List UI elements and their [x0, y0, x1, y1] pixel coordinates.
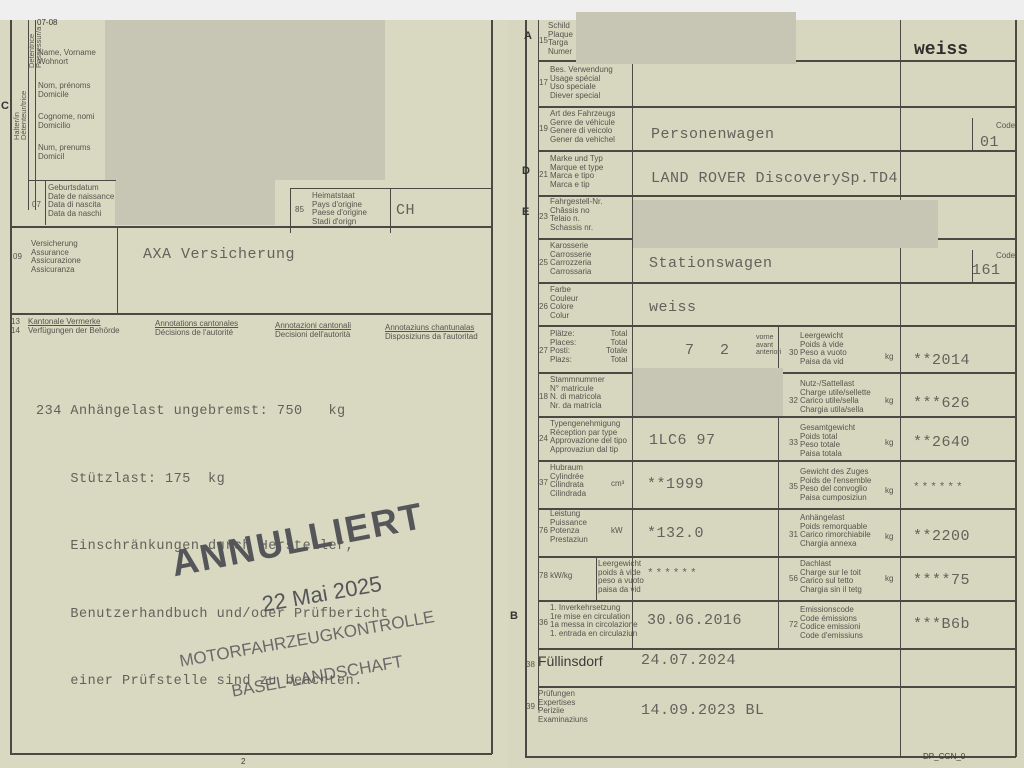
frame-right — [491, 20, 493, 754]
total-weight-value: **2640 — [913, 434, 970, 451]
payload-unit: kg — [885, 396, 893, 405]
divider — [10, 226, 492, 228]
origin-num: 85 — [295, 205, 304, 214]
divider — [10, 313, 492, 315]
holder-label-it: Cognome, nomiDomicilio — [38, 113, 94, 130]
type-approval-value: 1LC6 97 — [649, 432, 716, 449]
remarks-nums: 1314 — [11, 318, 20, 335]
train-weight-num: 35 — [789, 482, 798, 491]
divider — [117, 226, 118, 314]
power-weight-value: ****** — [647, 568, 699, 580]
redacted-registry — [633, 368, 783, 416]
origin-value: CH — [396, 202, 415, 219]
power-weight-labels: Leergewichtpoids à videpeso a vuotopaisa… — [598, 560, 644, 594]
train-weight-unit: kg — [885, 486, 893, 495]
special-use-num: 17 — [539, 78, 548, 87]
frame-bottom — [10, 753, 492, 755]
holder-label-fr: Nom, prénomsDomicile — [38, 82, 90, 99]
vehicle-type-labels: Art des FahrzeugsGenre de véhiculeGenere… — [550, 110, 615, 144]
make-model-labels: Marke und TypMarque et typeMarca e tipoM… — [550, 155, 603, 189]
displacement-value: **1999 — [647, 476, 704, 493]
section-letter-e: E — [522, 206, 529, 218]
emission-code-value: ***B6b — [913, 616, 970, 633]
roof-load-unit: kg — [885, 574, 893, 583]
color-value: weiss — [649, 299, 697, 316]
displacement-unit: cm³ — [611, 479, 624, 488]
section-letter-b: B — [510, 610, 518, 622]
inspections-value: 14.09.2023 BL — [641, 702, 765, 719]
emission-code-num: 72 — [789, 620, 798, 629]
section-letter-c: C — [1, 100, 9, 112]
divider — [972, 118, 973, 150]
divider — [538, 106, 1016, 108]
redacted-plate — [576, 12, 796, 64]
power-labels: LeistungPuissancePotenzaPrestaziun — [550, 510, 588, 544]
divider — [538, 648, 1016, 650]
place-date-num: 38 — [526, 660, 535, 669]
remarks-col-fr: Annotations cantonalesDécisions de l'aut… — [155, 320, 238, 337]
divider — [596, 556, 597, 600]
remarks-col-de: Kantonale VermerkeVerfügungen der Behörd… — [28, 318, 120, 335]
trailer-load-num: 31 — [789, 530, 798, 539]
birthdate-num: 07 — [32, 200, 41, 209]
body-value: Stationswagen — [649, 255, 773, 272]
roof-load-num: 56 — [789, 574, 798, 583]
form-code: DP_CGN_0 — [923, 752, 965, 761]
payload-num: 32 — [789, 396, 798, 405]
seats-front-value: 2 — [720, 342, 730, 359]
divider — [45, 180, 46, 225]
chassis-num: 23 — [539, 212, 548, 221]
page-number: 2 — [241, 757, 245, 766]
registry-num: 18 — [539, 392, 548, 401]
divider — [538, 416, 1016, 418]
redacted-birthdate — [115, 180, 275, 225]
roof-load-labels: DachlastCharge sur le toitCarico sul tet… — [800, 560, 862, 594]
place-value: Füllinsdorf — [538, 653, 603, 669]
special-use-labels: Bes. VerwendungUsage spécialUso speciale… — [550, 66, 613, 100]
divider — [538, 508, 1016, 510]
divider — [538, 460, 1016, 462]
seats-total-value: 7 — [685, 342, 695, 359]
displacement-labels: HubraumCylindréeCilindrataCilindrada — [550, 464, 586, 498]
insurance-value: AXA Versicherung — [143, 246, 295, 263]
color-num: 26 — [539, 302, 548, 311]
redacted-chassis — [633, 200, 938, 248]
emission-code-labels: EmissionscodeCode émissionsCodice emissi… — [800, 606, 863, 640]
divider — [538, 195, 1016, 197]
make-model-value: LAND ROVER DiscoverySp.TD4 — [651, 170, 898, 187]
holder-label-rm: Num, prenumsDomicil — [38, 144, 90, 161]
trailer-load-value: **2200 — [913, 528, 970, 545]
first-reg-num: 36 — [539, 618, 548, 627]
insurance-labels: VersicherungAssuranceAssicurazioneAssicu… — [31, 240, 81, 274]
inspections-labels: PrüfungenExpertisesPeriziieExaminaziuns — [538, 690, 588, 724]
right-page: A D E B 15 SchildPlaqueTargaNumer weiss … — [508, 20, 1024, 768]
power-value: *132.0 — [647, 525, 704, 542]
registry-labels: StammnummerN° matriculeN. di matricolaNr… — [550, 376, 605, 410]
vehicle-type-code-label: Code — [996, 122, 1015, 131]
first-reg-value: 30.06.2016 — [647, 612, 742, 629]
vehicle-type-value: Personenwagen — [651, 126, 775, 143]
frame-right — [1015, 20, 1017, 757]
divider — [538, 600, 1016, 602]
power-weight-num: 78 kW/kg — [539, 571, 572, 580]
train-weight-value: ****** — [913, 482, 965, 494]
divider — [28, 180, 116, 181]
seats-front-labels: vorneavantanteriori — [756, 334, 781, 357]
total-weight-num: 33 — [789, 438, 798, 447]
trailer-load-labels: AnhängelastPoids remorquableCarico rimor… — [800, 514, 871, 548]
total-weight-labels: GesamtgewichtPoids totalPeso totalePaisa… — [800, 424, 855, 458]
body-code: 161 — [972, 262, 1001, 279]
section-letter-a: A — [524, 30, 532, 42]
empty-weight-labels: LeergewichtPoids à videPeso a vuotoPaisa… — [800, 332, 847, 366]
roof-load-value: ****75 — [913, 572, 970, 589]
holder-label-de: Name, VornameWohnort — [38, 49, 96, 66]
first-reg-labels: 1. Inverkehrsetzung1re mise en circulati… — [550, 604, 638, 638]
remarks-col-rm: Annotaziuns chantunalasDisposiziuns da l… — [385, 324, 478, 341]
power-unit: kW — [611, 526, 623, 535]
seats-num: 27 — [539, 346, 548, 355]
make-model-num: 21 — [539, 170, 548, 179]
divider — [538, 556, 1016, 558]
frame-left — [525, 20, 527, 757]
payload-value: ***626 — [913, 395, 970, 412]
empty-weight-unit: kg — [885, 352, 893, 361]
train-weight-labels: Gewicht des ZugesPoids de l'ensemblePeso… — [800, 468, 871, 502]
plate-value: weiss — [914, 40, 968, 60]
left-page: 07-08 C Halter/in Détenteur/trice Detent… — [0, 20, 508, 768]
body-num: 25 — [539, 258, 548, 267]
divider — [538, 150, 1016, 152]
trailer-load-unit: kg — [885, 532, 893, 541]
holder-vertical-label: Détenteur/trice — [19, 91, 28, 140]
power-num: 76 — [539, 526, 548, 535]
top-code: 07-08 — [37, 18, 57, 27]
seats-labels: Plätze:Places:Posti:Plazs: — [550, 330, 576, 364]
plate-num: 15 — [539, 36, 548, 45]
divider — [290, 188, 492, 189]
divider — [538, 282, 1016, 284]
divider — [538, 686, 1016, 688]
chassis-labels: Fahrgestell-Nr.Châssis noTelaio n.Schass… — [550, 198, 602, 232]
vehicle-type-num: 19 — [539, 124, 548, 133]
total-weight-unit: kg — [885, 438, 893, 447]
remarks-col-it: Annotazioni cantonaliDecisioni dell'auto… — [275, 322, 351, 339]
type-approval-num: 24 — [539, 434, 548, 443]
inspections-num: 39 — [526, 702, 535, 711]
payload-labels: Nutz-/SattellastCharge utile/selletteCar… — [800, 380, 871, 414]
empty-weight-num: 30 — [789, 348, 798, 357]
redacted-holder — [105, 20, 385, 180]
body-labels: KarosserieCarrosserieCarrozzeriaCarrossa… — [550, 242, 591, 276]
place-date-value: 24.07.2024 — [641, 652, 736, 669]
section-letter-d: D — [522, 165, 530, 177]
seats-total-labels: TotalTotalTotaleTotal — [606, 330, 627, 364]
type-approval-labels: TypengenehmigungRéception par typeApprov… — [550, 420, 627, 454]
body-code-label: Code — [996, 252, 1015, 261]
birthdate-labels: GeburtsdatumDate de naissanceData di nas… — [48, 184, 114, 218]
insurance-num: 09 — [13, 252, 22, 261]
empty-weight-value: **2014 — [913, 352, 970, 369]
color-labels: FarbeCouleurColoreColur — [550, 286, 578, 320]
divider — [538, 325, 1016, 327]
origin-labels: HeimatstaatPays d'originePaese d'origine… — [312, 192, 367, 226]
divider — [900, 20, 901, 757]
displacement-num: 37 — [539, 478, 548, 487]
plate-labels: SchildPlaqueTargaNumer — [548, 22, 573, 56]
vehicle-type-code: 01 — [980, 134, 999, 151]
